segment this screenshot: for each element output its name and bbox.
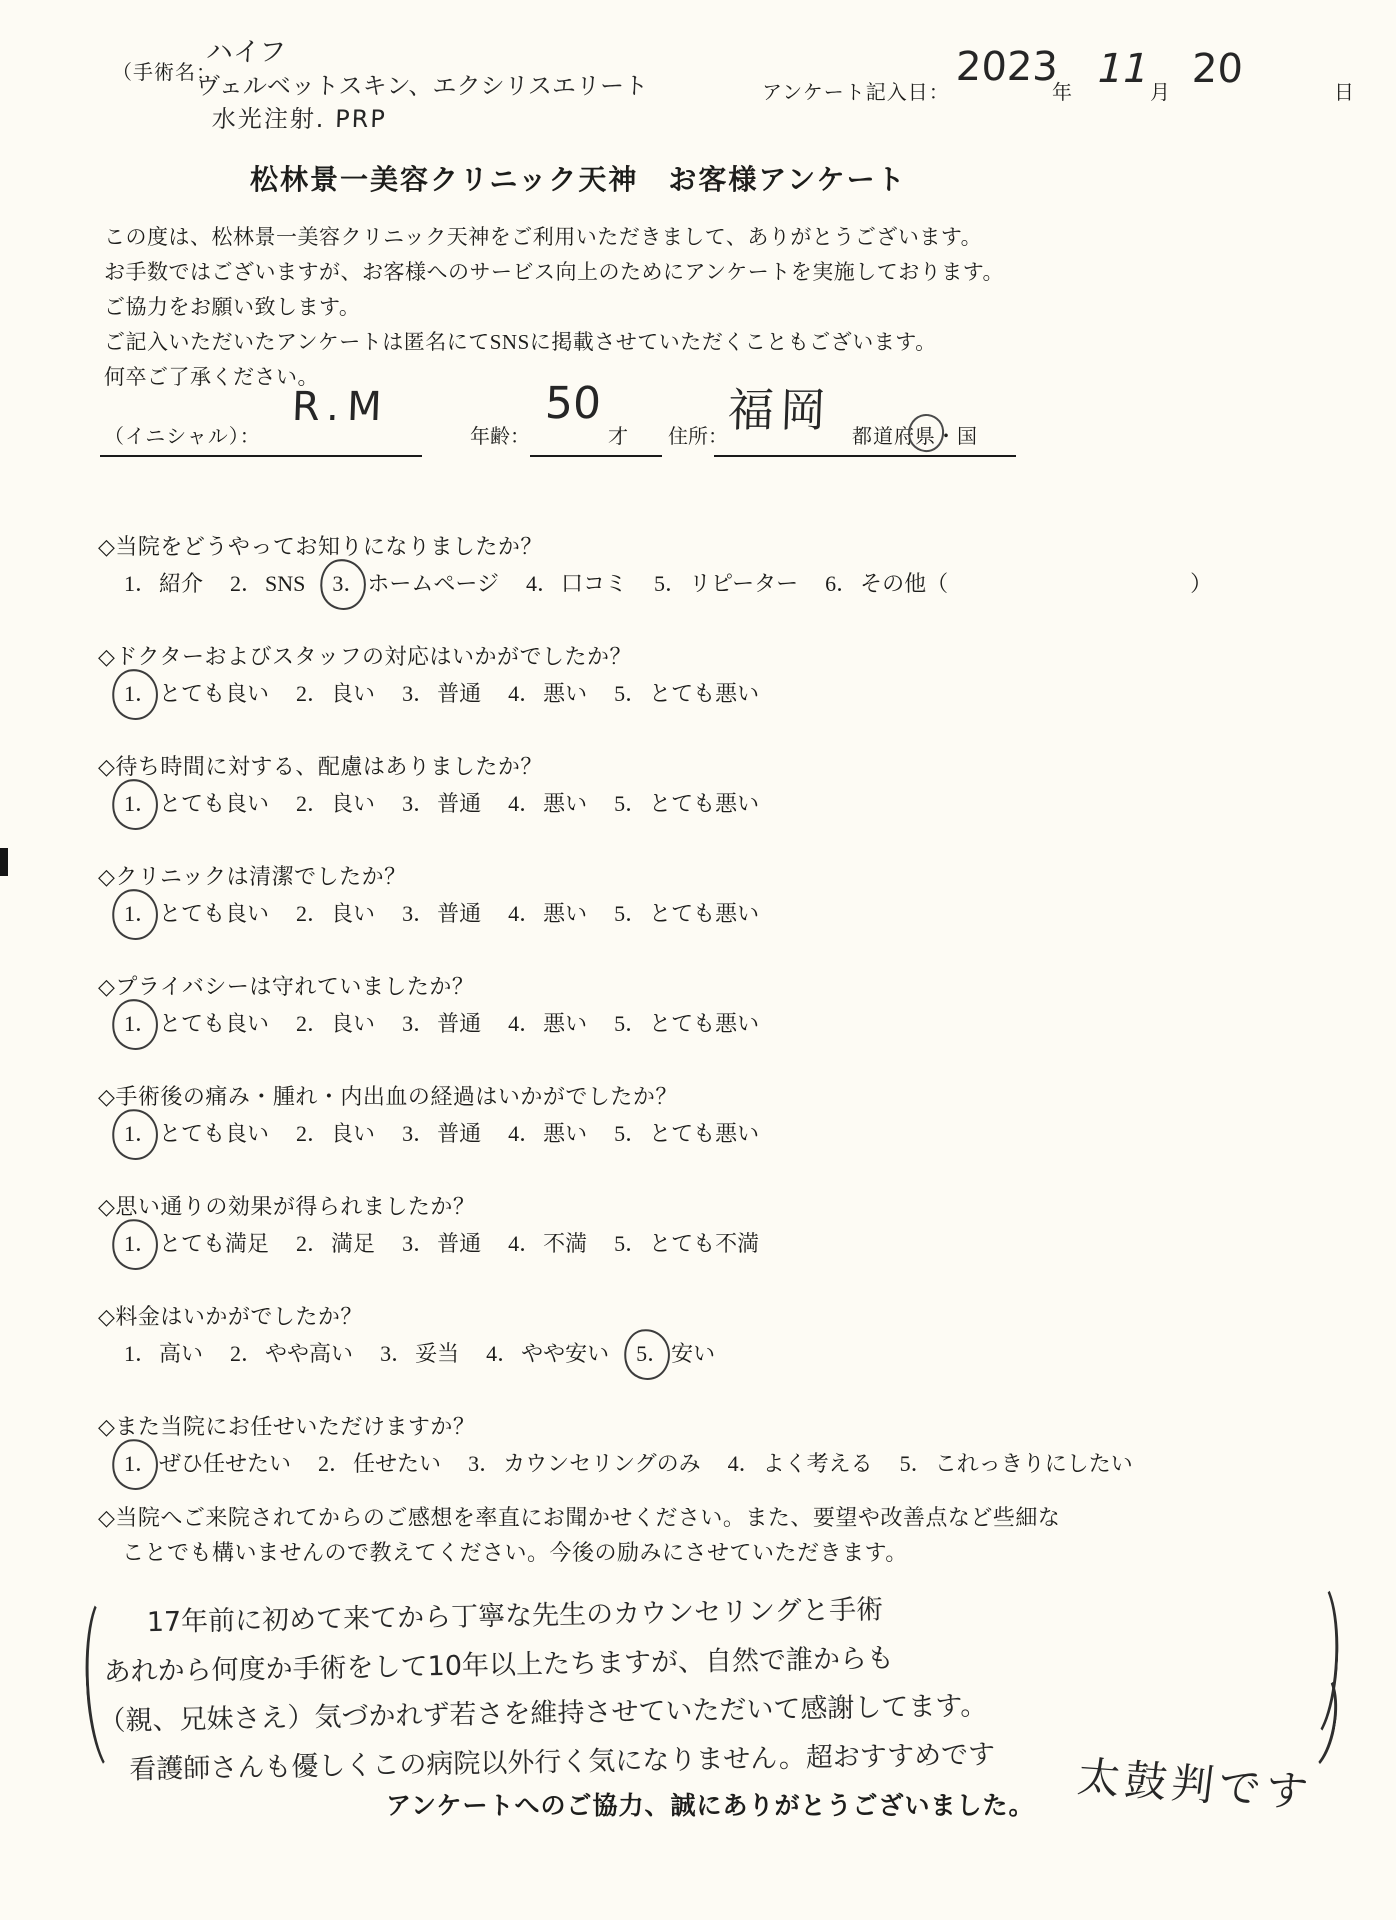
question-block: ◇また当院にお任せいただけますか？ 1．ぜひ任せたい2．任せたい3．カウンセリン… (98, 1413, 1368, 1479)
option-number: 3． (402, 1229, 435, 1259)
surgery-name-handwritten-3: 水光注射. PRP (211, 99, 387, 134)
option-label: 悪い (543, 681, 587, 706)
question-block: ◇思い通りの効果が得られましたか？ 1．とても満足2．満足3．普通4．不満5．と… (98, 1193, 1368, 1259)
option-label: とても不満 (649, 1231, 759, 1256)
question-heading: ◇思い通りの効果が得られましたか？ (98, 1193, 1368, 1221)
option-label: とても良い (159, 791, 269, 816)
option-label: とても悪い (649, 1011, 759, 1036)
option-label: やや高い (265, 1341, 353, 1366)
option-number: 5． (614, 789, 647, 819)
option-number: 5． (900, 1449, 933, 1479)
intro-line: ご協力をお願い致します。 (104, 290, 1004, 325)
question-heading: ◇待ち時間に対する、配慮はありましたか？ (98, 753, 1368, 781)
answer-option: 3．普通 (402, 1119, 481, 1149)
answer-option: 3．普通 (402, 679, 481, 709)
option-number: 3． (380, 1339, 413, 1369)
scan-artifact (0, 848, 8, 876)
question-block: ◇料金はいかがでしたか？ 1．高い2．やや高い3．妥当4．やや安い5．安い (98, 1303, 1368, 1369)
option-label: とても満足 (159, 1231, 269, 1256)
option-number: 3． (402, 1119, 435, 1149)
option-number: 4． (508, 1009, 541, 1039)
option-number: 1． (124, 1339, 157, 1369)
address-handwritten: 福岡 (727, 374, 833, 440)
answer-option-circled: 1．とても満足 (124, 1229, 269, 1259)
answer-option-circled: 1．とても良い (124, 789, 269, 819)
answer-option: 5．とても不満 (614, 1229, 759, 1259)
answer-option: 4．悪い (508, 789, 587, 819)
question-heading: ◇プライバシーは守れていましたか？ (98, 973, 1368, 1001)
option-label: リピーター (689, 571, 798, 596)
option-label: やや安い (521, 1341, 609, 1366)
option-number: 4． (486, 1339, 519, 1369)
option-label: とても悪い (649, 791, 759, 816)
question-options: 1．とても良い2．良い3．普通4．悪い5．とても悪い (98, 679, 1368, 709)
question-options: 1．ぜひ任せたい2．任せたい3．カウンセリングのみ4．よく考える5．これっきりに… (98, 1449, 1368, 1479)
region-suffix: 都道府県・国 (852, 420, 978, 449)
region-prefix-text: 都道府 (852, 426, 915, 448)
option-label: カウンセリングのみ (503, 1451, 701, 1476)
question-options: 1．紹介2．SNS3．ホームページ4．口コミ5．リピーター6．その他（ ） (98, 569, 1368, 599)
option-label: 良い (331, 681, 375, 706)
answer-option-circled: 1．とても良い (124, 1009, 269, 1039)
option-number: 4． (526, 569, 559, 599)
answer-option: 2．やや高い (230, 1339, 353, 1369)
option-number: 2． (318, 1449, 351, 1479)
answer-option: 4．悪い (508, 1119, 587, 1149)
survey-form-page: （手術名： ハイフ ヴェルベットスキン、エクシリスエリート 水光注射. PRP … (0, 0, 1396, 1920)
answer-option: 2．満足 (296, 1229, 375, 1259)
option-label: 良い (331, 1121, 375, 1146)
initials-underline (100, 455, 422, 457)
option-number: 1． (124, 1449, 157, 1479)
option-label: 妥当 (415, 1341, 459, 1366)
address-underline (714, 455, 850, 457)
closing-thanks-line: アンケートへのご協力、誠にありがとうございました。 (386, 1786, 1035, 1822)
answer-option: 1．紹介 (124, 569, 203, 599)
age-underline (530, 455, 662, 457)
answer-option-circled: 1．とても良い (124, 899, 269, 929)
option-number: 4． (508, 1229, 541, 1259)
answer-option-circled: 1．とても良い (124, 1119, 269, 1149)
age-handwritten: 50 (544, 378, 602, 429)
question-heading: ◇手術後の痛み・腫れ・内出血の経過はいかがでしたか？ (98, 1083, 1368, 1111)
question-heading: ◇また当院にお任せいただけますか？ (98, 1413, 1368, 1441)
answer-option: 3．普通 (402, 899, 481, 929)
option-label: 良い (331, 1011, 375, 1036)
answer-option: 5．とても悪い (614, 1009, 759, 1039)
free-question-line: ◇当院へご来院されてからのご感想を率直にお聞かせください。また、要望や改善点など… (98, 1500, 1060, 1535)
free-comment-question: ◇当院へご来院されてからのご感想を率直にお聞かせください。また、要望や改善点など… (98, 1500, 1060, 1570)
answer-option: 3．妥当 (380, 1339, 459, 1369)
answer-option-circled: 1．ぜひ任せたい (124, 1449, 291, 1479)
question-options: 1．とても満足2．満足3．普通4．不満5．とても不満 (98, 1229, 1368, 1259)
option-label: とても悪い (649, 901, 759, 926)
initials-handwritten: R.M (291, 384, 390, 430)
option-number: 4． (508, 1119, 541, 1149)
option-label: とても良い (159, 1011, 269, 1036)
option-number: 5． (614, 899, 647, 929)
answer-option: 3．普通 (402, 789, 481, 819)
question-block: ◇待ち時間に対する、配慮はありましたか？ 1．とても良い2．良い3．普通4．悪い… (98, 753, 1368, 819)
option-number: 1． (124, 899, 157, 929)
answer-option: 3．普通 (402, 1009, 481, 1039)
option-label: とても良い (159, 901, 269, 926)
option-label: とても良い (159, 681, 269, 706)
option-number: 3． (402, 679, 435, 709)
survey-date-label: アンケート記入日： (762, 76, 950, 105)
intro-line: この度は、松林景一美容クリニック天神をご利用いただきまして、ありがとうございます… (104, 220, 1004, 255)
option-label: 普通 (437, 791, 481, 816)
age-suffix: 才 (608, 420, 628, 449)
option-number: 2． (296, 789, 329, 819)
option-number: 3． (402, 1009, 435, 1039)
answer-option: 2．良い (296, 789, 375, 819)
option-label: 普通 (437, 1011, 481, 1036)
answer-option: 4．悪い (508, 679, 587, 709)
option-number: 5． (654, 569, 687, 599)
answer-option: 4．悪い (508, 899, 587, 929)
option-label: 良い (331, 791, 375, 816)
year-suffix: 年 (1052, 76, 1072, 105)
option-label: とても悪い (649, 681, 759, 706)
option-number: 2． (296, 1119, 329, 1149)
option-number: 2． (296, 1229, 329, 1259)
option-number: 4． (508, 679, 541, 709)
question-options: 1．とても良い2．良い3．普通4．悪い5．とても悪い (98, 1009, 1368, 1039)
option-number: 5． (614, 679, 647, 709)
option-number: 3． (332, 569, 365, 599)
option-label: 不満 (543, 1231, 587, 1256)
question-options: 1．とても良い2．良い3．普通4．悪い5．とても悪い (98, 789, 1368, 819)
answer-option: 2．良い (296, 899, 375, 929)
question-options: 1．高い2．やや高い3．妥当4．やや安い5．安い (98, 1339, 1368, 1369)
option-number: 1． (124, 679, 157, 709)
answer-option: 4．よく考える (728, 1449, 873, 1479)
option-label: その他（ ） (860, 571, 1212, 596)
option-label: 任せたい (353, 1451, 441, 1476)
answer-option: 2．良い (296, 1009, 375, 1039)
answer-option-circled: 3．ホームページ (332, 569, 499, 599)
intro-line: ご記入いただいたアンケートは匿名にてSNSに掲載させていただくこともございます。 (104, 325, 1004, 360)
option-number: 5． (614, 1229, 647, 1259)
initials-label: （イニシャル）： (104, 420, 261, 449)
answer-option-circled: 1．とても良い (124, 679, 269, 709)
surgery-name-handwritten-2: ヴェルベットスキン、エクシリスエリート (195, 66, 648, 101)
intro-line: お手数ではございますが、お客様へのサービス向上のためにアンケートを実施しておりま… (104, 255, 1004, 290)
option-label: 悪い (543, 901, 587, 926)
day-suffix: 日 (1334, 76, 1354, 105)
option-label: とても良い (159, 1121, 269, 1146)
answer-option: 5．とても悪い (614, 899, 759, 929)
answer-option: 5．リピーター (654, 569, 798, 599)
answer-option: 2．SNS (230, 569, 305, 599)
option-number: 1． (124, 1119, 157, 1149)
question-block: ◇手術後の痛み・腫れ・内出血の経過はいかがでしたか？ 1．とても良い2．良い3．… (98, 1083, 1368, 1149)
question-block: ◇クリニックは清潔でしたか？ 1．とても良い2．良い3．普通4．悪い5．とても悪… (98, 863, 1368, 929)
option-number: 2． (296, 1009, 329, 1039)
option-number: 2． (230, 1339, 263, 1369)
option-label: 普通 (437, 901, 481, 926)
option-label: よく考える (763, 1451, 873, 1476)
question-heading: ◇ドクターおよびスタッフの対応はいかがでしたか？ (98, 643, 1368, 671)
option-number: 5． (636, 1339, 669, 1369)
answer-option: 3．カウンセリングのみ (468, 1449, 701, 1479)
option-number: 3． (402, 789, 435, 819)
option-label: 普通 (437, 1121, 481, 1146)
option-number: 2． (230, 569, 263, 599)
region-underline (850, 455, 1016, 457)
option-label: とても悪い (649, 1121, 759, 1146)
question-heading: ◇クリニックは清潔でしたか？ (98, 863, 1368, 891)
question-block: ◇プライバシーは守れていましたか？ 1．とても良い2．良い3．普通4．悪い5．と… (98, 973, 1368, 1039)
option-number: 5． (614, 1119, 647, 1149)
free-question-line: ことでも構いませんので教えてください。今後の励みにさせていただきます。 (98, 1535, 1060, 1570)
option-number: 4． (728, 1449, 761, 1479)
intro-paragraph: この度は、松林景一美容クリニック天神をご利用いただきまして、ありがとうございます… (104, 220, 1004, 395)
option-number: 1． (124, 789, 157, 819)
question-heading: ◇料金はいかがでしたか？ (98, 1303, 1368, 1331)
answer-option-circled: 5．安い (636, 1339, 715, 1369)
question-heading: ◇当院をどうやってお知りになりましたか？ (98, 533, 1368, 561)
survey-date-day-handwritten: 20 (1191, 46, 1244, 92)
answer-option: 4．口コミ (526, 569, 627, 599)
answer-option: 6．その他（ ） (825, 569, 1212, 599)
question-block: ◇ドクターおよびスタッフの対応はいかがでしたか？ 1．とても良い2．良い3．普通… (98, 643, 1368, 709)
answer-option: 4．やや安い (486, 1339, 609, 1369)
answer-option: 3．普通 (402, 1229, 481, 1259)
option-label: 紹介 (159, 571, 203, 596)
survey-date-month-handwritten: 11 (1097, 46, 1150, 92)
option-number: 5． (614, 1009, 647, 1039)
option-number: 2． (296, 679, 329, 709)
option-label: 普通 (437, 681, 481, 706)
option-label: 悪い (543, 1011, 587, 1036)
question-block: ◇当院をどうやってお知りになりましたか？ 1．紹介2．SNS3．ホームページ4．… (98, 533, 1368, 599)
option-number: 1． (124, 1229, 157, 1259)
question-options: 1．とても良い2．良い3．普通4．悪い5．とても悪い (98, 899, 1368, 929)
answer-option: 2．良い (296, 1119, 375, 1149)
answer-option: 5．とても悪い (614, 679, 759, 709)
answer-option: 1．高い (124, 1339, 203, 1369)
option-label: 満足 (331, 1231, 375, 1256)
option-number: 4． (508, 789, 541, 819)
option-label: 口コミ (561, 571, 627, 596)
answer-option: 2．良い (296, 679, 375, 709)
option-number: 6． (825, 569, 858, 599)
question-options: 1．とても良い2．良い3．普通4．悪い5．とても悪い (98, 1119, 1368, 1149)
option-label: 安い (671, 1341, 715, 1366)
option-number: 3． (402, 899, 435, 929)
option-label: 悪い (543, 1121, 587, 1146)
answer-option: 2．任せたい (318, 1449, 441, 1479)
option-label: 良い (331, 901, 375, 926)
option-label: 高い (159, 1341, 203, 1366)
answer-option: 5．とても悪い (614, 1119, 759, 1149)
answer-option: 5．これっきりにしたい (900, 1449, 1133, 1479)
questions-list: ◇当院をどうやってお知りになりましたか？ 1．紹介2．SNS3．ホームページ4．… (98, 533, 1368, 1523)
answer-option: 5．とても悪い (614, 789, 759, 819)
option-number: 3． (468, 1449, 501, 1479)
age-label: 年齢： (470, 420, 530, 449)
answer-option: 4．不満 (508, 1229, 587, 1259)
option-number: 1． (124, 1009, 157, 1039)
option-number: 4． (508, 899, 541, 929)
option-label: 普通 (437, 1231, 481, 1256)
page-title: 松林景一美容クリニック天神 お客様アンケート (250, 158, 907, 198)
option-label: 悪い (543, 791, 587, 816)
option-label: ホームページ (367, 571, 499, 596)
survey-date-year-handwritten: 2023 (955, 44, 1058, 90)
month-suffix: 月 (1150, 76, 1170, 105)
option-number: 2． (296, 899, 329, 929)
answer-option: 4．悪い (508, 1009, 587, 1039)
option-number: 1． (124, 569, 157, 599)
option-label: ぜひ任せたい (159, 1451, 291, 1476)
address-label: 住所： (668, 420, 728, 449)
option-label: これっきりにしたい (935, 1451, 1133, 1476)
region-circled-char: 県 (915, 420, 936, 449)
option-label: SNS (265, 571, 305, 596)
surgery-name-handwritten-1: ハイフ (205, 30, 287, 69)
